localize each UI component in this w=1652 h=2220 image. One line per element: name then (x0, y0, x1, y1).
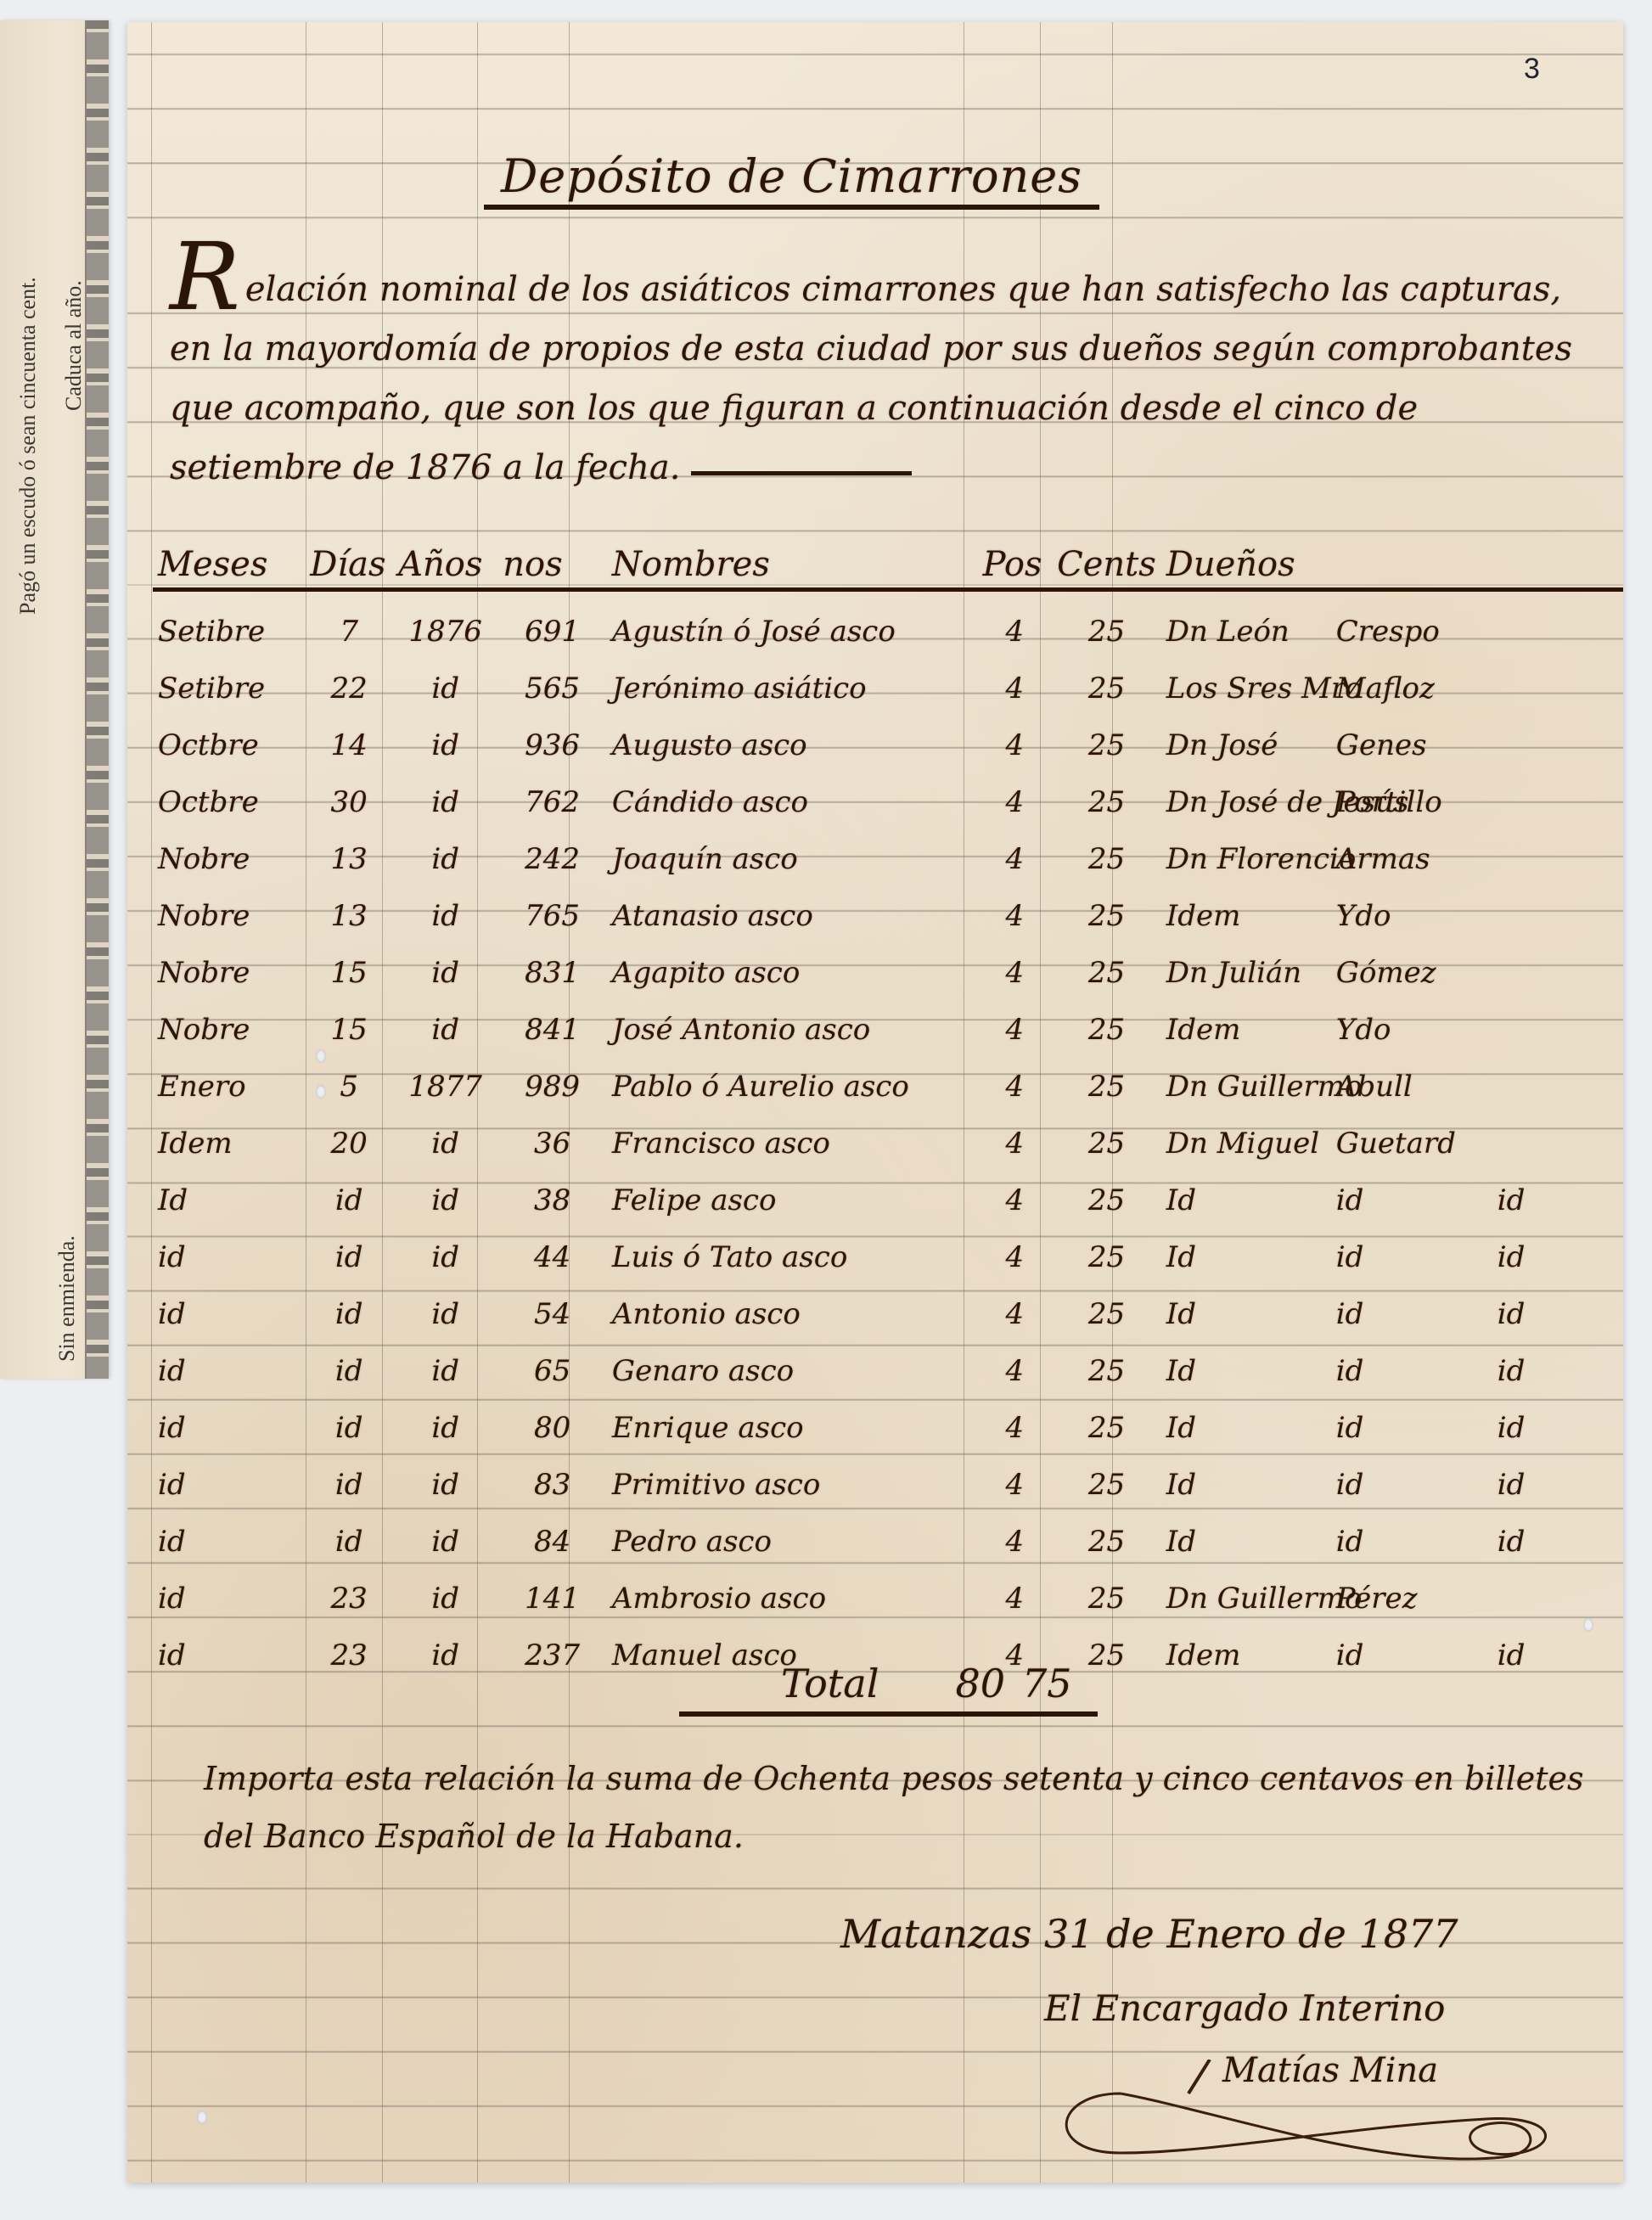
cell-dueno: Ididid (1161, 1445, 1623, 1502)
cell-numero: 141 (497, 1559, 607, 1616)
cell-dueno: Dn LeónCrespo (1161, 590, 1623, 649)
total-label: Total (781, 1661, 879, 1706)
cell-numero: 84 (497, 1502, 607, 1559)
dueno-name: Idem (1166, 899, 1336, 933)
dueno-extra: id (1497, 1525, 1526, 1559)
cell-ano: id (393, 1445, 497, 1502)
dueno-extra: id (1497, 1297, 1526, 1331)
cell-mes: Octbre (153, 762, 305, 819)
table-row: id23id141Ambrosio asco425Dn GuillermoPér… (153, 1559, 1623, 1616)
cell-dueno: Ididid (1161, 1331, 1623, 1388)
cell-numero: 38 (497, 1161, 607, 1217)
cell-ano: id (393, 1274, 497, 1331)
cell-mes: Enero (153, 1047, 305, 1104)
cell-mes: id (153, 1217, 305, 1274)
cell-centavos: 25 (1052, 705, 1161, 762)
cell-centavos: 25 (1052, 1445, 1161, 1502)
cell-nombre: Cándido asco (607, 762, 978, 819)
cell-nombre: Francisco asco (607, 1104, 978, 1161)
cell-pesos: 4 (978, 590, 1053, 649)
table-row: Nobre13id765Atanasio asco425IdemYdo (153, 876, 1623, 933)
cell-dueno: Ididid (1161, 1217, 1623, 1274)
cell-numero: 44 (497, 1217, 607, 1274)
cell-ano: id (393, 876, 497, 933)
column-rule (151, 22, 152, 2183)
cell-dia: 22 (305, 649, 393, 705)
cell-pesos: 4 (978, 1047, 1053, 1104)
cell-dueno: Idemidid (1161, 1616, 1623, 1672)
cell-dia: id (305, 1388, 393, 1445)
cell-nombre: Antonio asco (607, 1274, 978, 1331)
cell-dueno: Dn GuillermoAbull (1161, 1047, 1623, 1104)
dueno-name: Dn León (1166, 615, 1336, 649)
cell-ano: id (393, 990, 497, 1047)
table-row: ididid80Enrique asco425Ididid (153, 1388, 1623, 1445)
cell-centavos: 25 (1052, 1331, 1161, 1388)
dueno-extra: id (1497, 1354, 1526, 1388)
ledger-body: Setibre71876691Agustín ó José asco425Dn … (153, 590, 1623, 1673)
cell-dueno: Ididid (1161, 1274, 1623, 1331)
table-row: Enero51877989Pablo ó Aurelio asco425Dn G… (153, 1047, 1623, 1104)
cell-dueno: Ididid (1161, 1502, 1623, 1559)
cell-ano: id (393, 819, 497, 876)
dueno-surname: id (1336, 1297, 1497, 1331)
cell-dia: id (305, 1502, 393, 1559)
cell-centavos: 25 (1052, 1047, 1161, 1104)
stub-decorative-border (85, 20, 109, 1379)
cell-dia: 23 (305, 1616, 393, 1672)
cell-pesos: 4 (978, 1445, 1053, 1502)
table-row: ididid44Luis ó Tato asco425Ididid (153, 1217, 1623, 1274)
dueno-name: Dn Miguel (1166, 1127, 1336, 1161)
cell-dueno: Dn MiguelGuetard (1161, 1104, 1623, 1161)
cell-dia: id (305, 1274, 393, 1331)
cell-dia: 7 (305, 590, 393, 649)
place-and-date: Matanzas 31 de Enero de 1877 (840, 1911, 1458, 1957)
dueno-surname: Gómez (1336, 956, 1497, 990)
cell-ano: id (393, 649, 497, 705)
header-dia: Días (305, 531, 393, 590)
cell-pesos: 4 (978, 1274, 1053, 1331)
table-row: ididid84Pedro asco425Ididid (153, 1502, 1623, 1559)
dueno-surname: Guetard (1336, 1127, 1497, 1161)
cell-dia: 13 (305, 876, 393, 933)
cell-nombre: Primitivo asco (607, 1445, 978, 1502)
cell-mes: id (153, 1616, 305, 1672)
cell-numero: 691 (497, 590, 607, 649)
cell-centavos: 25 (1052, 819, 1161, 876)
cell-dueno: Dn GuillermoPérez (1161, 1559, 1623, 1616)
dueno-name: Id (1166, 1240, 1336, 1274)
cell-dia: id (305, 1331, 393, 1388)
dueno-surname: id (1336, 1183, 1497, 1217)
cell-pesos: 4 (978, 705, 1053, 762)
cell-dia: 23 (305, 1559, 393, 1616)
dueno-extra: id (1497, 1183, 1526, 1217)
cell-pesos: 4 (978, 876, 1053, 933)
cell-ano: id (393, 1502, 497, 1559)
total-line: Total8075 (679, 1661, 1098, 1717)
cell-centavos: 25 (1052, 990, 1161, 1047)
dueno-name: Dn Guillermo (1166, 1582, 1336, 1616)
cell-pesos: 4 (978, 1217, 1053, 1274)
cell-mes: Nobre (153, 990, 305, 1047)
dueno-extra: id (1497, 1411, 1526, 1445)
table-row: Nobre13id242Joaquín asco425Dn FlorencioA… (153, 819, 1623, 876)
receipt-stub: Pagó un escudo ó sean cincuenta cent. Ca… (0, 20, 109, 1379)
cell-dia: 14 (305, 705, 393, 762)
table-row: Ididid38Felipe asco425Ididid (153, 1161, 1623, 1217)
dueno-surname: Crespo (1336, 615, 1497, 649)
cell-nombre: José Antonio asco (607, 990, 978, 1047)
cell-numero: 237 (497, 1616, 607, 1672)
cell-centavos: 25 (1052, 933, 1161, 990)
cell-dia: 30 (305, 762, 393, 819)
cimarrones-ledger-table: Meses Días Años nos Nombres Pos Cents Du… (153, 531, 1623, 1672)
cell-numero: 80 (497, 1388, 607, 1445)
signature-flourish-icon (1044, 2060, 1571, 2178)
cell-numero: 65 (497, 1331, 607, 1388)
intro-paragraph: Relación nominal de los asiáticos cimarr… (170, 251, 1579, 497)
cell-dia: 15 (305, 990, 393, 1047)
table-row: ididid54Antonio asco425Ididid (153, 1274, 1623, 1331)
intro-dropcap: R (170, 222, 240, 331)
cell-ano: id (393, 1388, 497, 1445)
dueno-surname: id (1336, 1354, 1497, 1388)
cell-mes: Nobre (153, 819, 305, 876)
cell-dia: 15 (305, 933, 393, 990)
cell-nombre: Agapito asco (607, 933, 978, 990)
cell-numero: 762 (497, 762, 607, 819)
cell-nombre: Enrique asco (607, 1388, 978, 1445)
signer-role: El Encargado Interino (1044, 1987, 1445, 2029)
header-centavos: Cents (1052, 531, 1161, 590)
dueno-surname: id (1336, 1468, 1497, 1502)
header-duenos: Dueños (1161, 531, 1623, 590)
cell-mes: id (153, 1445, 305, 1502)
cell-numero: 841 (497, 990, 607, 1047)
cell-mes: id (153, 1388, 305, 1445)
document-title: Depósito de Cimarrones (484, 149, 1099, 210)
cell-nombre: Joaquín asco (607, 819, 978, 876)
stub-expiry-text: Caduca al año. (61, 280, 87, 411)
dueno-name: Dn Florencio (1166, 842, 1336, 876)
dueno-surname: Genes (1336, 728, 1497, 762)
header-pesos: Pos (978, 531, 1053, 590)
cell-mes: id (153, 1331, 305, 1388)
dueno-surname: Armas (1336, 842, 1497, 876)
cell-dueno: Dn José de JesúsPortillo (1161, 762, 1623, 819)
table-row: Octbre30id762Cándido asco425Dn José de J… (153, 762, 1623, 819)
cell-pesos: 4 (978, 1331, 1053, 1388)
header-ano: Años (393, 531, 497, 590)
cell-ano: id (393, 1331, 497, 1388)
table-row: Setibre22id565Jerónimo asiático425Los Sr… (153, 649, 1623, 705)
cell-ano: 1876 (393, 590, 497, 649)
dueno-name: Id (1166, 1411, 1336, 1445)
cell-nombre: Ambrosio asco (607, 1559, 978, 1616)
cell-mes: Id (153, 1161, 305, 1217)
stub-payment-text: Pagó un escudo ó sean cincuenta cent. (15, 277, 41, 615)
dueno-surname: id (1336, 1240, 1497, 1274)
cell-numero: 242 (497, 819, 607, 876)
cell-mes: id (153, 1502, 305, 1559)
cell-dueno: Ididid (1161, 1388, 1623, 1445)
dueno-surname: Mafloz (1336, 672, 1497, 705)
dueno-extra: id (1497, 1468, 1526, 1502)
table-row: Nobre15id841José Antonio asco425IdemYdo (153, 990, 1623, 1047)
dueno-surname: id (1336, 1638, 1497, 1672)
dueno-surname: Portillo (1336, 785, 1497, 819)
cell-ano: id (393, 1217, 497, 1274)
cell-pesos: 4 (978, 1388, 1053, 1445)
cell-ano: 1877 (393, 1047, 497, 1104)
cell-centavos: 25 (1052, 1559, 1161, 1616)
dueno-surname: Ydo (1336, 1013, 1497, 1047)
cell-mes: id (153, 1274, 305, 1331)
cell-dueno: IdemYdo (1161, 990, 1623, 1047)
cell-dueno: Dn JuliánGómez (1161, 933, 1623, 990)
cell-nombre: Pedro asco (607, 1502, 978, 1559)
dueno-name: Idem (1166, 1013, 1336, 1047)
cell-dueno: Dn FlorencioArmas (1161, 819, 1623, 876)
dueno-name: Id (1166, 1183, 1336, 1217)
header-numero: nos (497, 531, 607, 590)
cell-numero: 83 (497, 1445, 607, 1502)
dueno-name: Id (1166, 1525, 1336, 1559)
cell-numero: 989 (497, 1047, 607, 1104)
cell-centavos: 25 (1052, 1502, 1161, 1559)
dueno-name: Dn Guillermo (1166, 1070, 1336, 1104)
dueno-name: Id (1166, 1297, 1336, 1331)
dueno-name: Dn José de Jesús (1166, 785, 1336, 819)
cell-mes: Nobre (153, 933, 305, 990)
cell-nombre: Luis ó Tato asco (607, 1217, 978, 1274)
stub-no-amend-text: Sin enmienda. (54, 1235, 80, 1362)
cell-nombre: Augusto asco (607, 705, 978, 762)
cell-centavos: 25 (1052, 1274, 1161, 1331)
table-row: ididid83Primitivo asco425Ididid (153, 1445, 1623, 1502)
dueno-name: Dn José (1166, 728, 1336, 762)
cell-numero: 36 (497, 1104, 607, 1161)
cell-ano: id (393, 1161, 497, 1217)
cell-dia: id (305, 1161, 393, 1217)
cell-dueno: Los Sres MroMafloz (1161, 649, 1623, 705)
document-page: 3 Depósito de Cimarrones Relación nomina… (127, 22, 1623, 2183)
cell-dueno: IdemYdo (1161, 876, 1623, 933)
cell-pesos: 4 (978, 649, 1053, 705)
cell-pesos: 4 (978, 1104, 1053, 1161)
cell-centavos: 25 (1052, 649, 1161, 705)
dueno-surname: id (1336, 1525, 1497, 1559)
cell-dia: id (305, 1445, 393, 1502)
cell-nombre: Atanasio asco (607, 876, 978, 933)
cell-dia: 20 (305, 1104, 393, 1161)
dueno-surname: Ydo (1336, 899, 1497, 933)
cell-pesos: 4 (978, 819, 1053, 876)
cell-dueno: Dn JoséGenes (1161, 705, 1623, 762)
dueno-surname: Abull (1336, 1070, 1497, 1104)
cell-centavos: 25 (1052, 1388, 1161, 1445)
table-row: Setibre71876691Agustín ó José asco425Dn … (153, 590, 1623, 649)
cell-centavos: 25 (1052, 590, 1161, 649)
cell-nombre: Genaro asco (607, 1331, 978, 1388)
cell-centavos: 25 (1052, 762, 1161, 819)
cell-centavos: 25 (1052, 1104, 1161, 1161)
cell-numero: 765 (497, 876, 607, 933)
cell-dueno: Ididid (1161, 1161, 1623, 1217)
dueno-surname: Pérez (1336, 1582, 1497, 1616)
cell-numero: 936 (497, 705, 607, 762)
dueno-surname: id (1336, 1411, 1497, 1445)
total-pesos: 80 (955, 1661, 1005, 1706)
intro-text: elación nominal de los asiáticos cimarro… (170, 270, 1572, 487)
cell-mes: id (153, 1559, 305, 1616)
dueno-name: Idem (1166, 1638, 1336, 1672)
dueno-name: Id (1166, 1354, 1336, 1388)
cell-pesos: 4 (978, 1502, 1053, 1559)
cell-nombre: Pablo ó Aurelio asco (607, 1047, 978, 1104)
cell-mes: Setibre (153, 649, 305, 705)
cell-ano: id (393, 705, 497, 762)
cell-ano: id (393, 1104, 497, 1161)
cell-mes: Octbre (153, 705, 305, 762)
header-mes: Meses (153, 531, 305, 590)
cell-nombre: Felipe asco (607, 1161, 978, 1217)
cell-mes: Idem (153, 1104, 305, 1161)
dueno-name: Id (1166, 1468, 1336, 1502)
page-number: 3 (1524, 53, 1540, 86)
cell-numero: 831 (497, 933, 607, 990)
cell-ano: id (393, 1559, 497, 1616)
intro-closing-line (691, 471, 912, 475)
amount-note: Importa esta relación la suma de Ochenta… (204, 1750, 1596, 1865)
cell-dia: 13 (305, 819, 393, 876)
cell-ano: id (393, 1616, 497, 1672)
table-row: Octbre14id936Augusto asco425Dn JoséGenes (153, 705, 1623, 762)
dueno-name: Dn Julián (1166, 956, 1336, 990)
cell-pesos: 4 (978, 762, 1053, 819)
cell-centavos: 25 (1052, 876, 1161, 933)
dueno-name: Los Sres Mro (1166, 672, 1336, 705)
cell-dia: id (305, 1217, 393, 1274)
cell-ano: id (393, 762, 497, 819)
cell-pesos: 4 (978, 1161, 1053, 1217)
cell-nombre: Jerónimo asiático (607, 649, 978, 705)
cell-pesos: 4 (978, 990, 1053, 1047)
cell-pesos: 4 (978, 1559, 1053, 1616)
table-row: Nobre15id831Agapito asco425Dn JuliánGóme… (153, 933, 1623, 990)
cell-centavos: 25 (1052, 1217, 1161, 1274)
cell-mes: Nobre (153, 876, 305, 933)
total-centavos: 75 (1022, 1661, 1072, 1706)
cell-nombre: Agustín ó José asco (607, 590, 978, 649)
cell-centavos: 25 (1052, 1161, 1161, 1217)
cell-ano: id (393, 933, 497, 990)
dueno-extra: id (1497, 1240, 1526, 1274)
table-row: Idem20id36Francisco asco425Dn MiguelGuet… (153, 1104, 1623, 1161)
cell-numero: 565 (497, 649, 607, 705)
cell-pesos: 4 (978, 933, 1053, 990)
cell-mes: Setibre (153, 590, 305, 649)
table-row: ididid65Genaro asco425Ididid (153, 1331, 1623, 1388)
header-nombres: Nombres (607, 531, 978, 590)
dueno-extra: id (1497, 1638, 1526, 1672)
cell-numero: 54 (497, 1274, 607, 1331)
table-header-row: Meses Días Años nos Nombres Pos Cents Du… (153, 531, 1623, 590)
